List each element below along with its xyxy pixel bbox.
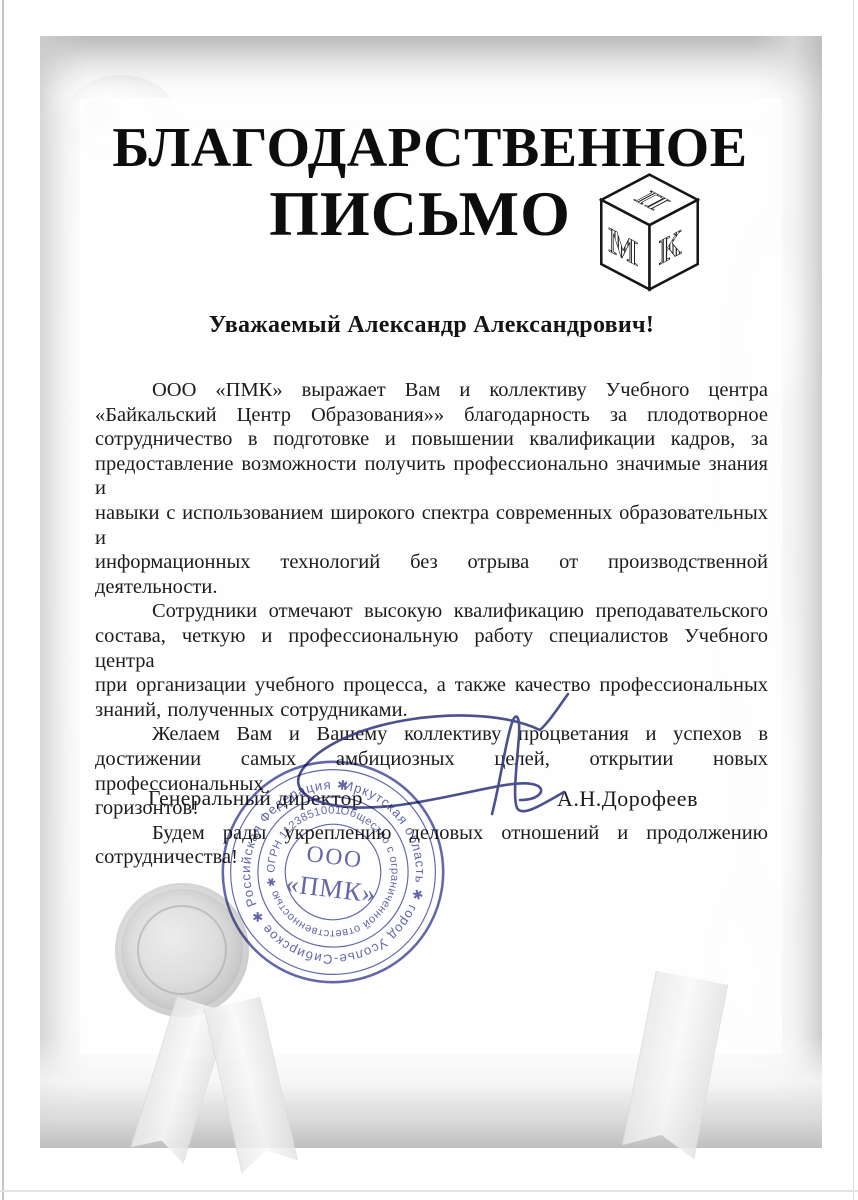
letter-text-line: ООО «ПМК» выражает Вам и коллективу Учеб…: [95, 378, 768, 403]
letter-text-line: состава, четкую и профессиональную работ…: [95, 624, 768, 673]
letter-text-line: сотрудничество в подготовке и повышении …: [95, 427, 768, 452]
scan-edge-left: [2, 0, 4, 1200]
letter-title-line1: БЛАГОДАРСТВЕННОЕ: [90, 120, 770, 176]
stamp-outer-inner-circle: [219, 758, 447, 986]
letter-text-line: навыки с использованием широкого спектра…: [95, 501, 768, 550]
svg-text:Иркутская область ✱ город Усол: Иркутская область ✱ город Усолье-Сибирск…: [227, 766, 439, 978]
scan-edge-right: [853, 0, 854, 1200]
letter-paragraph-1: ООО «ПМК» выражает Вам и коллективу Учеб…: [95, 378, 768, 599]
letter-salutation: Уважаемый Александр Александрович!: [95, 312, 768, 339]
letter-text-line: Сотрудники отмечают высокую квалификацию…: [95, 599, 768, 624]
letter-text-line: информационных технологий без отрыва от …: [95, 550, 768, 599]
letter-text-line: «Байкальский Центр Образования»» благода…: [95, 403, 768, 428]
scan-edge-bottom: [0, 1190, 858, 1192]
pmk-cube-logo: П М К: [592, 170, 707, 294]
stamp-center-line2: «ПМК»: [284, 869, 378, 909]
stamp-center-line1: ООО: [305, 841, 364, 874]
letter-text-line: предоставление возможности получить проф…: [95, 452, 768, 501]
scanned-letter-page: БЛАГОДАРСТВЕННОЕ ПИСЬМО П М К Уважаемый …: [0, 0, 858, 1200]
company-round-stamp: Иркутская область ✱ город Усолье-Сибирск…: [203, 742, 464, 1003]
stamp-outer-ring-text: Иркутская область ✱ город Усолье-Сибирск…: [227, 766, 439, 978]
